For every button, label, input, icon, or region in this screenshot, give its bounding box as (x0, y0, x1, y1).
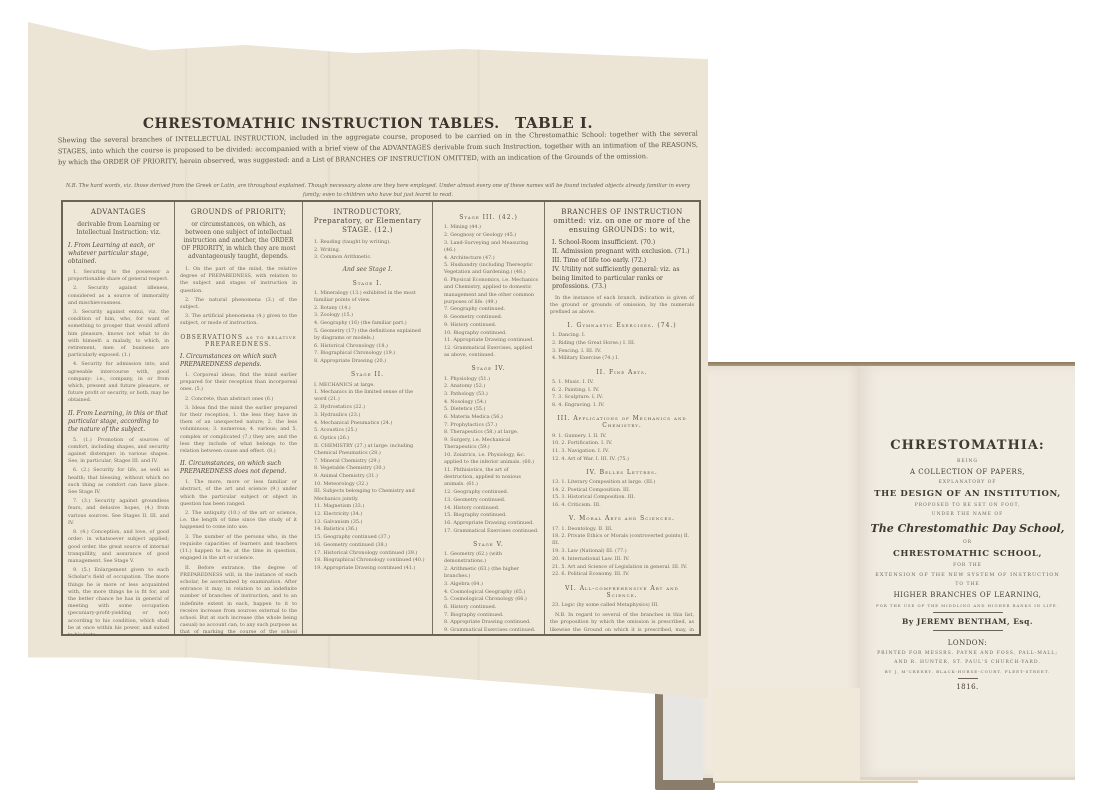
list-item: 3. Common Arithmetic. (308, 254, 427, 261)
list-item: 13. Geometry continued. (438, 497, 539, 504)
folding-table-sheet: CHRESTOMATHIC INSTRUCTION TABLES. TABLE … (28, 22, 708, 698)
list-item: 17. Grammatical Exercises continued. (438, 528, 539, 535)
list-item: 13. Galvanism (35.) (308, 519, 427, 526)
omitted-nb: N.B. In regard to several of the branche… (550, 612, 694, 634)
group-heading: III. Applications of Mechanics and Chemi… (550, 415, 694, 429)
list-item: 20. 4. International Law. III. IV. (550, 556, 694, 563)
table-nb: N.B. The hard words, viz. those derived … (58, 182, 698, 200)
list-item: 1. Reading (taught by writing). (308, 239, 427, 246)
list-item: 18. Biographical Chronology continued (4… (308, 557, 427, 564)
list-item: 11. Magnetism (33.) (308, 503, 427, 510)
list-item: 9. 1. Gunnery. I. II. IV. (550, 433, 694, 440)
list-item: 1. Physiology (51.) (438, 376, 539, 383)
list-item: 3. Fencing. I. III. IV. (550, 348, 694, 355)
list-item: 5. 1. Music. I. IV. (550, 379, 694, 386)
column-grounds-of-priority: GROUNDS of PRIORITY; or circumstances, o… (175, 202, 303, 634)
list-item: 7. Biography continued. (438, 612, 539, 619)
column-stages-3-5: Stage III. (42.) 1. Mining (44.) 2. Geog… (433, 202, 545, 634)
list-item: 2. Riding (the Great Horse.) I. III. (550, 340, 694, 347)
tp-or: OR (860, 540, 1075, 545)
list-item: 17. Historical Chronology continued (39.… (308, 550, 427, 557)
list-item: 2. Hydrostatics (22.) (308, 404, 427, 411)
list-item: 8. Therapeutics (58.) at large. (438, 429, 539, 436)
ground-item: II. Admission pregnant with exclusion. (… (550, 248, 694, 257)
column-advantages: ADVANTAGES derivable from Learning or In… (63, 202, 175, 634)
list-item: 10. Meteorology (32.) (308, 481, 427, 488)
tp-collection: A COLLECTION OF PAPERS, (860, 468, 1075, 476)
tp-printed2: AND R. HUNTER, ST. PAUL'S CHURCH-YARD. (860, 660, 1075, 665)
list-item: 6. 2. Painting. I. IV. (550, 387, 694, 394)
list-item: 23. Logic (by some called Metaphysics) I… (550, 602, 694, 609)
list-item: 8. Geometry continued. (438, 314, 539, 321)
list-item: 15. 3. Historical Composition. III. (550, 494, 694, 501)
list-item: 22. 6. Political Economy. III. IV. (550, 571, 694, 578)
list-item: 7. Geography continued. (438, 306, 539, 313)
list-item: 7. (3.) Security against groundless fear… (68, 498, 169, 527)
list-item: 17. 1. Deontology. II. III. (550, 526, 694, 533)
list-item: 10. 2. Fortification. I. IV. (550, 440, 694, 447)
list-item: 8. Vegetable Chemistry (30.) (308, 465, 427, 472)
list-item: 11. 3. Navigation. I. IV. (550, 448, 694, 455)
list-item: 10. Zoiatrics, i.e. Physiology, &c. appl… (438, 452, 539, 466)
list-item: 18. 2. Private Ethics or Morals (controv… (550, 533, 694, 547)
list-item: 1. Mechanics in the limited sense of the… (308, 389, 427, 403)
list-item: 3. Security against ennui, viz. the cond… (68, 309, 169, 359)
section-title: I. Circumstances on which such PREPAREDN… (180, 353, 297, 369)
list-item: 8. (4.) Conception, and love, of good or… (68, 529, 169, 565)
list-item: 3. Hydraulics (23.) (308, 412, 427, 419)
section-title: II. Circumstances, on which such PREPARE… (180, 460, 297, 476)
column-subheading: or circumstances, on which, as between o… (180, 221, 297, 261)
list-item: 13. 1. Literary Composition at large. (I… (550, 479, 694, 486)
list-item: 4. Military Exercise (74.) I. (550, 355, 694, 362)
ground-item: IV. Utility not sufficiently general: vi… (550, 266, 694, 292)
list-item: 1. Dancing. I. (550, 332, 694, 339)
list-item: 2. The antiquity (10.) of the art or sci… (180, 510, 297, 532)
list-item: 3. Ideas find the mind the earlier prepa… (180, 405, 297, 455)
column-introductory-stages: INTRODUCTORY, Preparatory, or Elementary… (303, 202, 433, 634)
column-heading: GROUNDS of PRIORITY; (180, 208, 297, 217)
list-item: 4. Cosmological Geography (65.) (438, 589, 539, 596)
list-item: 1. Securing to the possessor a proportio… (68, 269, 169, 283)
list-item: 12. 4. Art of War. I. III. IV. (75.) (550, 456, 694, 463)
list-item: 5. Geometry (17) (the definitions explai… (308, 328, 427, 342)
list-item: 9. Surgery, i.e. Mechanical Therapeutics… (438, 437, 539, 451)
list-item: 7. Biographical Chronology (19.) (308, 350, 427, 357)
tp-proposed: PROPOSED TO BE SET ON FOOT, (860, 503, 1075, 508)
group-heading: I. Gymnastic Exercises. (74.) (550, 322, 694, 329)
title-page: CHRESTOMATHIA: BEING A COLLECTION OF PAP… (860, 366, 1075, 780)
list-item: 8. Appropriate Drawing (20.) (308, 358, 427, 365)
list-item: 9. (5.) Enlargement given to each Schola… (68, 567, 169, 634)
list-item: 9. History continued. (438, 322, 539, 329)
list-item: 4. Security for admission into, and agre… (68, 361, 169, 404)
list-item: 4. Mechanical Pneumatics (24.) (308, 420, 427, 427)
list-item: 6. History continued. (438, 604, 539, 611)
tp-printer: BY J. M'CREERY, BLACK-HORSE-COURT, FLEET… (860, 669, 1075, 674)
tp-day-school: The Chrestomathic Day School, (860, 522, 1075, 535)
list-item: 6. Physical Economics, i.e. Mechanics an… (438, 277, 539, 306)
list-item: 12. Geography continued. (438, 489, 539, 496)
list-item: 2. Botany (14.) (308, 305, 427, 312)
list-item: 2. Arithmetic (63.) (the higher branches… (438, 566, 539, 580)
tp-for-the: FOR THE (860, 563, 1075, 568)
list-item: 15. Biography continued. (438, 512, 539, 519)
list-item: 3. Land-Surveying and Measuring (46.) (438, 240, 539, 254)
list-item: 19. Appropriate Drawing continued (41.) (308, 565, 427, 572)
list-item: 1. Mining (44.) (438, 224, 539, 231)
column-heading: BRANCHES OF INSTRUCTION omitted: viz. on… (550, 208, 694, 235)
list-item: 6. (2.) Security for life, as well as he… (68, 467, 169, 496)
tp-to-the: TO THE (860, 582, 1075, 587)
list-item: 6. Materia Medica (56.) (438, 414, 539, 421)
tp-being: BEING (860, 459, 1075, 464)
list-item: 8. Appropriate Drawing continued. (438, 619, 539, 626)
tp-author: By JEREMY BENTHAM, Esq. (860, 617, 1075, 626)
list-item: 12. Grammatical Exercises, applied as ab… (438, 345, 539, 359)
list-item: 9. Animal Chemistry (31.) (308, 473, 427, 480)
list-item: 6. Historical Chronology (18.) (308, 343, 427, 350)
tp-printed1: PRINTED FOR MESSRS. PAYNE AND FOSS, PALL… (860, 651, 1075, 656)
tp-for-use: FOR THE USE OF THE MIDDLING AND HIGHER R… (860, 603, 1075, 608)
list-item: 2. Writing. (308, 247, 427, 254)
list-item: II. CHEMISTRY (27.) at large: including … (308, 443, 427, 457)
stage-heading: Stage I. (308, 280, 427, 287)
tp-year: 1816. (860, 683, 1075, 691)
column-heading: ADVANTAGES (68, 208, 169, 217)
list-item: 3. Pathology (53.) (438, 391, 539, 398)
list-item: 15. Geography continued (37.) (308, 534, 427, 541)
list-item: 8. 4. Engraving. I. IV. (550, 402, 694, 409)
stage-note: And see Stage I. (308, 266, 427, 274)
list-item: 4. Architecture (47.) (438, 255, 539, 262)
list-item: 1. Mineralogy (13.) exhibited in the mos… (308, 290, 427, 304)
list-item: 6. Optics (26.) (308, 435, 427, 442)
list-item: 4. Nosology (54.) (438, 399, 539, 406)
list-item: 11. Appropriate Drawing continued. (438, 337, 539, 344)
table-title-text: CHRESTOMATHIC INSTRUCTION TABLES. (143, 116, 500, 132)
group-heading: V. Moral Arts and Sciences. (550, 515, 694, 522)
section-title: OBSERVATIONS as to relative PREPAREDNESS… (180, 334, 297, 348)
title-page-title: CHRESTOMATHIA: (860, 438, 1075, 453)
list-item: 2. Anatomy (52.) (438, 383, 539, 390)
stage-heading: Stage II. (308, 371, 427, 378)
list-item: 2. Geognosy or Geology (45.) (438, 232, 539, 239)
list-item: 14. 2. Poetical Composition. III. (550, 487, 694, 494)
group-heading: IV. Belles Lettres. (550, 469, 694, 476)
tp-under-name: UNDER THE NAME OF (860, 512, 1075, 517)
list-item: 19. 3. Law (National) III. (77.) (550, 548, 694, 555)
list-item: 16. Geometry continued (38.) (308, 542, 427, 549)
ground-item: I. School-Room insufficient. (70.) (550, 239, 694, 248)
column-heading: INTRODUCTORY, Preparatory, or Elementary… (308, 208, 427, 235)
list-item: 2. Concrete, than abstract ones (6.) (180, 396, 297, 403)
list-item: 5. Husbandry (including Thereoptic Veget… (438, 262, 539, 276)
list-item: 14. Balistics (36.) (308, 526, 427, 533)
list-item: 16. 4. Criticism. III. (550, 502, 694, 509)
list-item: 5. Cosmological Chronology (66.) (438, 596, 539, 603)
stage-heading: Stage IV. (438, 365, 539, 372)
tp-higher: HIGHER BRANCHES OF LEARNING, (860, 591, 1075, 599)
list-item: 5. (1.) Promotion of sources of comfort,… (68, 437, 169, 466)
list-item: 10. Biography continued. (438, 330, 539, 337)
ground-item: III. Time of life too early. (72.) (550, 257, 694, 266)
list-item: 7. Prophylactics (57.) (438, 422, 539, 429)
list-item: 3. The number of the persons who, in the… (180, 534, 297, 563)
list-item: 1. The more, more or less familiar or ab… (180, 479, 297, 508)
list-item: 12. Electricity (34.) (308, 511, 427, 518)
list-item: 3. Algebra (64.) (438, 581, 539, 588)
rule (958, 678, 978, 679)
column-subheading: derivable from Learning or Intellectual … (68, 221, 169, 237)
stage-heading: Stage III. (42.) (438, 214, 539, 221)
list-item: I. MECHANICS at large. (308, 382, 427, 389)
tp-school: CHRESTOMATHIC SCHOOL, (860, 549, 1075, 559)
rule (933, 612, 1003, 613)
list-item: 21. 5. Art and Science of Legislation in… (550, 564, 694, 571)
tp-extension: EXTENSION OF THE NEW SYSTEM OF INSTRUCTI… (860, 572, 1075, 578)
tp-explanatory: EXPLANATORY OF (860, 480, 1075, 485)
instruction-table: ADVANTAGES derivable from Learning or In… (61, 200, 701, 636)
group-heading: VI. All-comprehensive Art and Science. (550, 585, 694, 599)
list-item: 11. Phthisiotics, the art of destruction… (438, 467, 539, 489)
list-item: 7. Mineral Chemistry (29.) (308, 458, 427, 465)
group-heading: II. Fine Arts. (550, 369, 694, 376)
list-item: 5. Acoustics (25.) (308, 427, 427, 434)
tp-design: THE DESIGN OF AN INSTITUTION, (860, 489, 1075, 499)
section-title: II. From Learning, in this or that parti… (68, 410, 169, 434)
list-item: 2. Security against idleness, considered… (68, 285, 169, 307)
book-endpaper (663, 688, 703, 780)
stage-heading: Stage V. (438, 541, 539, 548)
list-item: 1. On the part of the mind, the relative… (180, 266, 297, 295)
list-item: 7. 3. Sculpture. I. IV. (550, 394, 694, 401)
list-item: 3. Zoology (15.) (308, 312, 427, 319)
omitted-note: In the instance of each branch, indicati… (550, 295, 694, 317)
list-item: 14. History continued. (438, 505, 539, 512)
column-branches-omitted: BRANCHES OF INSTRUCTION omitted: viz. on… (545, 202, 699, 634)
list-item: III. Subjects belonging to Chemistry and… (308, 488, 427, 502)
list-item: 1. Corporeal ideas, find the mind earlie… (180, 372, 297, 394)
list-item: 16. Appropriate Drawing continued. (438, 520, 539, 527)
table-intro: Shewing the several branches of INTELLEC… (58, 129, 698, 169)
list-item: 4. Geography (16) (the familiar part.) (308, 320, 427, 327)
list-item: 3. The artificial phenomena (4.) given t… (180, 313, 297, 327)
list-item: 1. Geometry (62.) (with demonstrations.) (438, 551, 539, 565)
bound-book: CHRESTOMATHIA: BEING A COLLECTION OF PAP… (655, 358, 1080, 788)
list-item: 5. Dietetics (55.) (438, 406, 539, 413)
list-item: II. Before entrance, the degree of PREPA… (180, 565, 297, 635)
section-title: I. From Learning at each, or whatever pa… (68, 242, 169, 266)
rule (933, 630, 1003, 631)
tp-place: LONDON: (860, 639, 1075, 647)
list-item: 2. The natural phenomena (3.) of the sub… (180, 297, 297, 311)
list-item: 9. Grammatical Exercises continued. (438, 627, 539, 634)
